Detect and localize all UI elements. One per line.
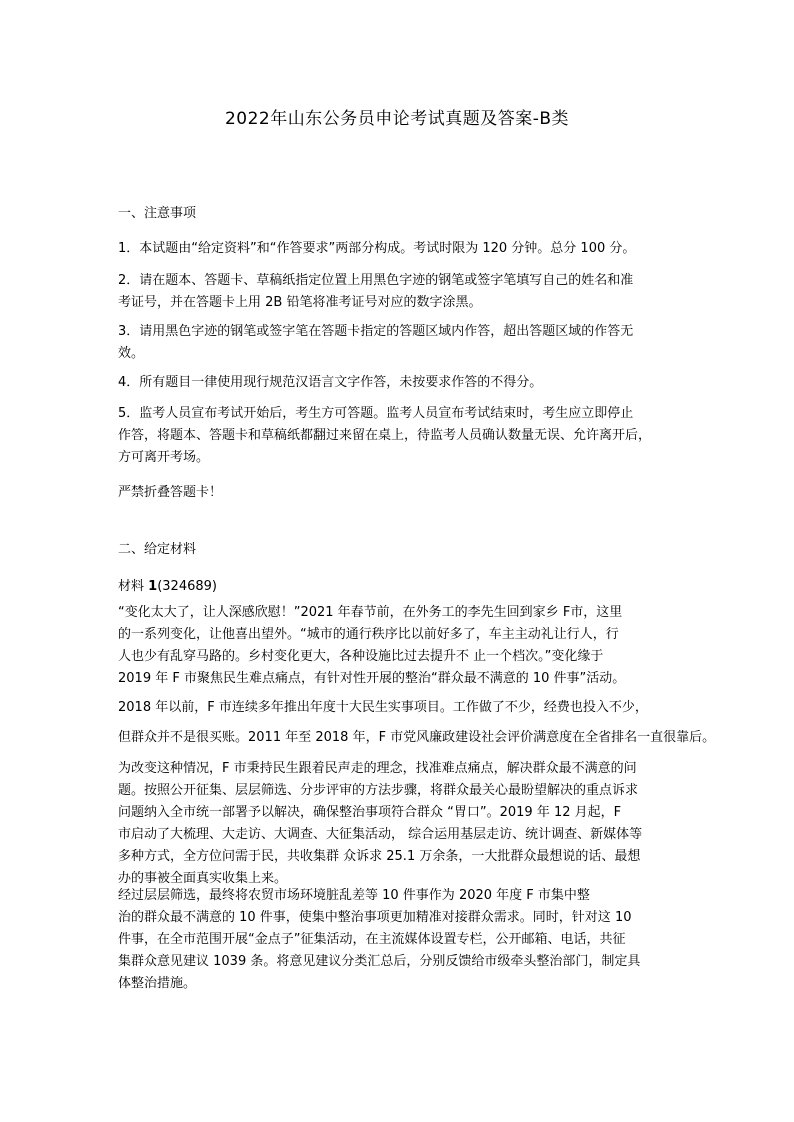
notice-line: 4．所有题目一律使用现行规范汉语言文字作答，未按要求作答的不得分。	[118, 372, 718, 394]
paragraph-line: “变化太大了，让人深感欣慰！”2021 年春节前，在外务工的李先生回到家乡 F市…	[118, 602, 718, 624]
paragraph-line: 件事，在全市范围开展“金点子”征集活动，在主流媒体设置专栏，公开邮箱、电话，共征	[118, 929, 718, 951]
paragraph-line: 市启动了大梳理、大走访、大调查、大征集活动， 综合运用基层走访、统计调查、新媒体…	[118, 824, 718, 846]
material-label-text: 材料	[118, 579, 144, 594]
paragraph-line: 2018 年以前，F 市连续多年推出年度十大民生实事项目。工作做了不少，经费也投…	[118, 697, 758, 719]
document-title: 2022年山东公务员申论考试真题及答案-B类	[0, 104, 794, 129]
notice-line: 3．请用黑色字迹的钢笔或签字笔在答题卡指定的答题区域内作答，超出答题区域的作答无	[118, 321, 718, 343]
warning-text: 严禁折叠答题卡！	[118, 482, 718, 504]
paragraph-1: “变化太大了，让人深感欣慰！”2021 年春节前，在外务工的李先生回到家乡 F市…	[118, 602, 718, 690]
notice-line: 方可离开考场。	[118, 447, 718, 469]
paragraph-line: 的一系列变化，让他喜出望外。“城市的通行秩序比以前好多了，车主主动礼让行人，行	[118, 624, 718, 646]
paragraph-line: 但群众并不是很买账。2011 年至 2018 年，F 市党风廉政建设社会评价满意…	[118, 727, 758, 749]
notice-line: 作答，将题本、答题卡和草稿纸都翻过来留在桌上，待监考人员确认数量无误、允许离开后…	[118, 425, 718, 447]
paragraph-line: 题。按照公开征集、层层筛选、分步评审的方法步骤，将群众最关心最盼望解决的重点诉求	[118, 780, 718, 802]
paragraph-line: 治的群众最不满意的 10 件事，使集中整治事项更加精准对接群众需求。同时，针对这…	[118, 907, 718, 929]
document-page: 2022年山东公务员申论考试真题及答案-B类 一、注意事项 1．本试题由“给定资…	[0, 0, 794, 1122]
notice-line: 1．本试题由“给定资料”和“作答要求”两部分构成。考试时限为 120 分钟。总分…	[118, 238, 718, 260]
notice-item-4: 4．所有题目一律使用现行规范汉语言文字作答，未按要求作答的不得分。	[118, 372, 718, 394]
notice-line: 5．监考人员宣布考试开始后，考生方可答题。监考人员宣布考试结束时，考生应立即停止	[118, 403, 718, 425]
notice-line: 效。	[118, 343, 718, 365]
paragraph-line: 多种方式，全方位问需于民，共收集群 众诉求 25.1 万余条，一大批群众最想说的…	[118, 846, 718, 868]
paragraph-line: 为改变这种情况，F 市秉持民生跟着民声走的理念，找准难点痛点，解决群众最不满意的…	[118, 758, 718, 780]
section-heading-notes: 一、注意事项	[118, 203, 718, 225]
notice-item-1: 1．本试题由“给定资料”和“作答要求”两部分构成。考试时限为 120 分钟。总分…	[118, 238, 718, 260]
notice-item-2: 2．请在题本、答题卡、草稿纸指定位置上用黑色字迹的钢笔或签字笔填写自己的姓名和准…	[118, 270, 718, 314]
material-number: 1	[148, 579, 157, 594]
paragraph-4: 经过层层筛选，最终将农贸市场环境脏乱差等 10 件事作为 2020 年度 F 市…	[118, 885, 718, 995]
paragraph-3: 为改变这种情况，F 市秉持民生跟着民声走的理念，找准难点痛点，解决群众最不满意的…	[118, 758, 718, 890]
paragraph-line: 集群众意见建议 1039 条。将意见建议分类汇总后，分别反馈给市级牵头整治部门，…	[118, 951, 718, 973]
notice-item-3: 3．请用黑色字迹的钢笔或签字笔在答题卡指定的答题区域内作答，超出答题区域的作答无…	[118, 321, 718, 365]
section-heading-materials: 二、给定材料	[118, 539, 718, 561]
material-label: 材料 1(324689)	[118, 576, 718, 598]
notice-item-5: 5．监考人员宣布考试开始后，考生方可答题。监考人员宣布考试结束时，考生应立即停止…	[118, 403, 718, 469]
paragraph-line: 体整治措施。	[118, 973, 718, 995]
paragraph-line: 2019 年 F 市聚焦民生难点痛点，有针对性开展的整治“群众最不满意的 10 …	[118, 668, 718, 690]
paragraph-line: 问题纳入全市统一部署予以解决，确保整治事项符合群众 “胃口”。2019 年 12…	[118, 802, 718, 824]
material-id: (324689)	[157, 579, 217, 594]
notice-line: 2．请在题本、答题卡、草稿纸指定位置上用黑色字迹的钢笔或签字笔填写自己的姓名和准	[118, 270, 718, 292]
paragraph-line: 人也少有乱穿马路的。乡村变化更大，各种设施比过去提升不 止一个档次。”变化缘于	[118, 646, 718, 668]
notice-line: 考证号，并在答题卡上用 2B 铅笔将准考证号对应的数字涂黑。	[118, 292, 718, 314]
paragraph-2: 2018 年以前，F 市连续多年推出年度十大民生实事项目。工作做了不少，经费也投…	[118, 697, 758, 749]
paragraph-line: 经过层层筛选，最终将农贸市场环境脏乱差等 10 件事作为 2020 年度 F 市…	[118, 885, 718, 907]
